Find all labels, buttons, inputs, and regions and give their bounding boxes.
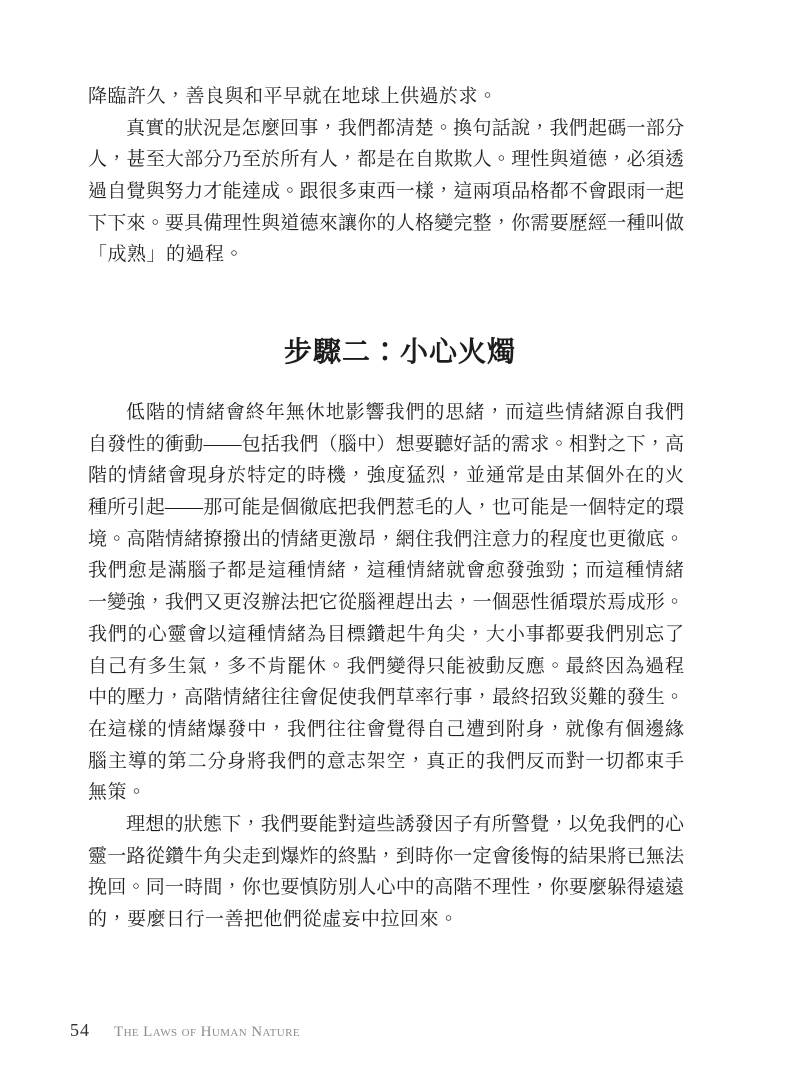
text-line: 低階的情緒會終年無休地影響我們的思緒，而這些情緒源自我們 xyxy=(88,397,684,429)
text-line: 腦主導的第二分身將我們的意志架空，真正的我們反而對一切都束手 xyxy=(88,746,684,778)
text-line: 人，甚至大部分乃至於所有人，都是在自欺欺人。理性與道德，必須透 xyxy=(88,144,684,176)
text-line: 境。高階情緒撩撥出的情緒更激昂，網住我們注意力的程度也更徹底。 xyxy=(88,524,684,556)
text-line: 階的情緒會現身於特定的時機，強度猛烈，並通常是由某個外在的火 xyxy=(88,460,684,492)
intro-paragraphs: 降臨許久，善良與和平早就在地球上供過於求。真實的狀況是怎麼回事，我們都清楚。換句… xyxy=(88,81,684,271)
book-title: The Laws of Human Nature xyxy=(114,1024,300,1040)
text-line: 無策。 xyxy=(88,777,684,809)
book-page: 降臨許久，善良與和平早就在地球上供過於求。真實的狀況是怎麼回事，我們都清楚。換句… xyxy=(0,0,800,1083)
text-line: 自發性的衝動——包括我們（腦中）想要聽好話的需求。相對之下，高 xyxy=(88,429,684,461)
text-line: 挽回。同一時間，你也要慎防別人心中的高階不理性，你要麼躲得遠遠 xyxy=(88,872,684,904)
text-line: 真實的狀況是怎麼回事，我們都清楚。換句話說，我們起碼一部分 xyxy=(88,113,684,145)
text-line: 降臨許久，善良與和平早就在地球上供過於求。 xyxy=(88,81,684,113)
text-line: 中的壓力，高階情緒往往會促使我們草率行事，最終招致災難的發生。 xyxy=(88,682,684,714)
text-line: 自己有多生氣，多不肯罷休。我們變得只能被動反應。最終因為過程 xyxy=(88,651,684,683)
page-number: 54 xyxy=(70,1020,90,1040)
text-line: 的，要麼日行一善把他們從虛妄中拉回來。 xyxy=(88,904,684,936)
text-line: 「成熟」的過程。 xyxy=(88,239,684,271)
section-heading: 步驟二：小心火燭 xyxy=(0,336,800,370)
text-line: 靈一路從鑽牛角尖走到爆炸的終點，到時你一定會後悔的結果將已無法 xyxy=(88,841,684,873)
text-line: 我們的心靈會以這種情緒為目標鑽起牛角尖，大小事都要我們別忘了 xyxy=(88,619,684,651)
text-line: 一變強，我們又更沒辦法把它從腦裡趕出去，一個惡性循環於焉成形。 xyxy=(88,587,684,619)
paragraph: 真實的狀況是怎麼回事，我們都清楚。換句話說，我們起碼一部分人，甚至大部分乃至於所… xyxy=(88,113,684,271)
paragraph: 低階的情緒會終年無休地影響我們的思緒，而這些情緒源自我們自發性的衝動——包括我們… xyxy=(88,397,684,809)
text-line: 種所引起——那可能是個徹底把我們惹毛的人，也可能是一個特定的環 xyxy=(88,492,684,524)
text-line: 下下來。要具備理性與道德來讓你的人格變完整，你需要歷經一種叫做 xyxy=(88,208,684,240)
text-line: 過自覺與努力才能達成。跟很多東西一樣，這兩項品格都不會跟雨一起 xyxy=(88,176,684,208)
paragraph: 理想的狀態下，我們要能對這些誘發因子有所警覺，以免我們的心靈一路從鑽牛角尖走到爆… xyxy=(88,809,684,936)
text-line: 在這樣的情緒爆發中，我們往往會覺得自己遭到附身，就像有個邊緣 xyxy=(88,714,684,746)
body-paragraphs: 低階的情緒會終年無休地影響我們的思緒，而這些情緒源自我們自發性的衝動——包括我們… xyxy=(88,397,684,936)
paragraph: 降臨許久，善良與和平早就在地球上供過於求。 xyxy=(88,81,684,113)
text-line: 我們愈是滿腦子都是這種情緒，這種情緒就會愈發強勁；而這種情緒 xyxy=(88,555,684,587)
text-line: 理想的狀態下，我們要能對這些誘發因子有所警覺，以免我們的心 xyxy=(88,809,684,841)
page-footer: 54The Laws of Human Nature xyxy=(70,1020,730,1041)
